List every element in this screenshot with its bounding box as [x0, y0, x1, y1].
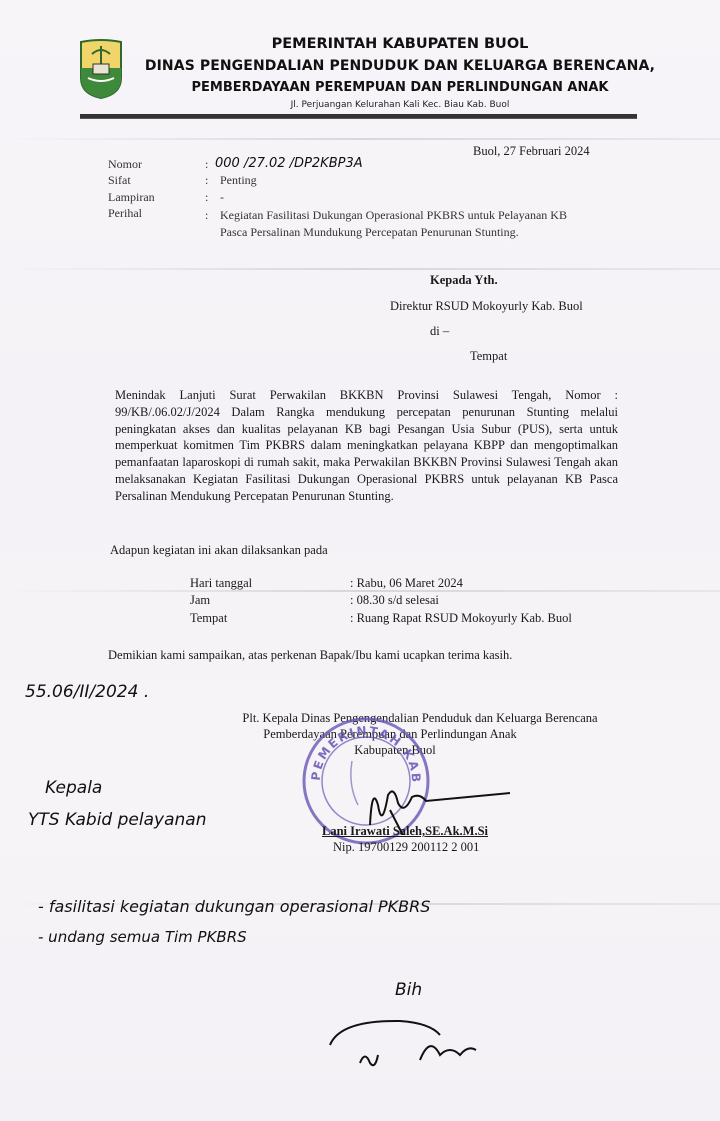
meta-colon: :: [205, 208, 208, 223]
recipient-heading: Kepada Yth.: [430, 273, 498, 288]
signatory-nip: Nip. 19700129 200112 2 001: [333, 840, 479, 855]
letterhead-agency-cont: PEMBERDAYAAN PEREMPUAN DAN PERLINDUNGAN …: [150, 80, 650, 95]
meta-value-lampiran: -: [220, 190, 224, 205]
meta-label-sifat: Sifat: [108, 173, 131, 188]
meta-value-perihal: Kegiatan Fasilitasi Dukungan Operasional…: [220, 208, 567, 223]
meta-label-nomor: Nomor: [108, 157, 142, 172]
handwritten-disposition-2: - undang semua Tim PKBRS: [38, 928, 247, 946]
signatory-name: Lani Irawati Saleh,SE.Ak.M.Si: [322, 824, 488, 839]
handwritten-initials: Bih: [395, 980, 422, 1000]
meta-colon: :: [205, 190, 208, 205]
schedule-value-date: : Rabu, 06 Maret 2024: [350, 576, 463, 591]
meta-label-perihal: Perihal: [108, 206, 142, 221]
handwritten-note-line2: YTS Kabid pelayanan: [28, 810, 206, 830]
schedule-label-time: Jam: [190, 593, 210, 608]
handwritten-paraf: [320, 1015, 490, 1080]
handwritten-received-date: 55.06/II/2024 .: [25, 682, 149, 702]
body-closing: Demikian kami sampaikan, atas perkenan B…: [108, 648, 512, 663]
meta-value-perihal-cont: Pasca Persalinan Mundukung Percepatan Pe…: [220, 225, 519, 240]
meta-colon: :: [205, 157, 208, 172]
body-schedule-intro: Adapun kegiatan ini akan dilaksankan pad…: [110, 543, 328, 558]
schedule-value-time: : 08.30 s/d selesai: [350, 593, 439, 608]
letterhead-government: PEMERINTAH KABUPATEN BUOL: [150, 36, 650, 52]
handwritten-disposition-1: - fasilitasi kegiatan dukungan operasion…: [38, 897, 430, 916]
letter-date: Buol, 27 Februari 2024: [473, 144, 590, 159]
recipient-di: di –: [430, 324, 449, 339]
schedule-label-place: Tempat: [190, 611, 227, 626]
meta-colon: :: [205, 173, 208, 188]
handwritten-note-line1: Kepala: [45, 778, 102, 798]
body-paragraph: Menindak Lanjuti Surat Perwakilan BKKBN …: [115, 387, 618, 505]
letterhead-divider: [80, 114, 637, 119]
schedule-value-place: : Ruang Rapat RSUD Mokoyurly Kab. Buol: [350, 611, 572, 626]
letterhead-address: Jl. Perjuangan Kelurahan Kali Kec. Biau …: [150, 100, 650, 110]
recipient-place: Tempat: [470, 349, 507, 364]
meta-value-nomor: 000 /27.02 /DP2KBP3A: [215, 156, 363, 171]
meta-value-sifat: Penting: [220, 173, 257, 188]
letterhead-agency: DINAS PENGENDALIAN PENDUDUK DAN KELUARGA…: [110, 58, 690, 74]
recipient-name: Direktur RSUD Mokoyurly Kab. Buol: [390, 299, 583, 314]
schedule-label-date: Hari tanggal: [190, 576, 252, 591]
meta-label-lampiran: Lampiran: [108, 190, 155, 205]
